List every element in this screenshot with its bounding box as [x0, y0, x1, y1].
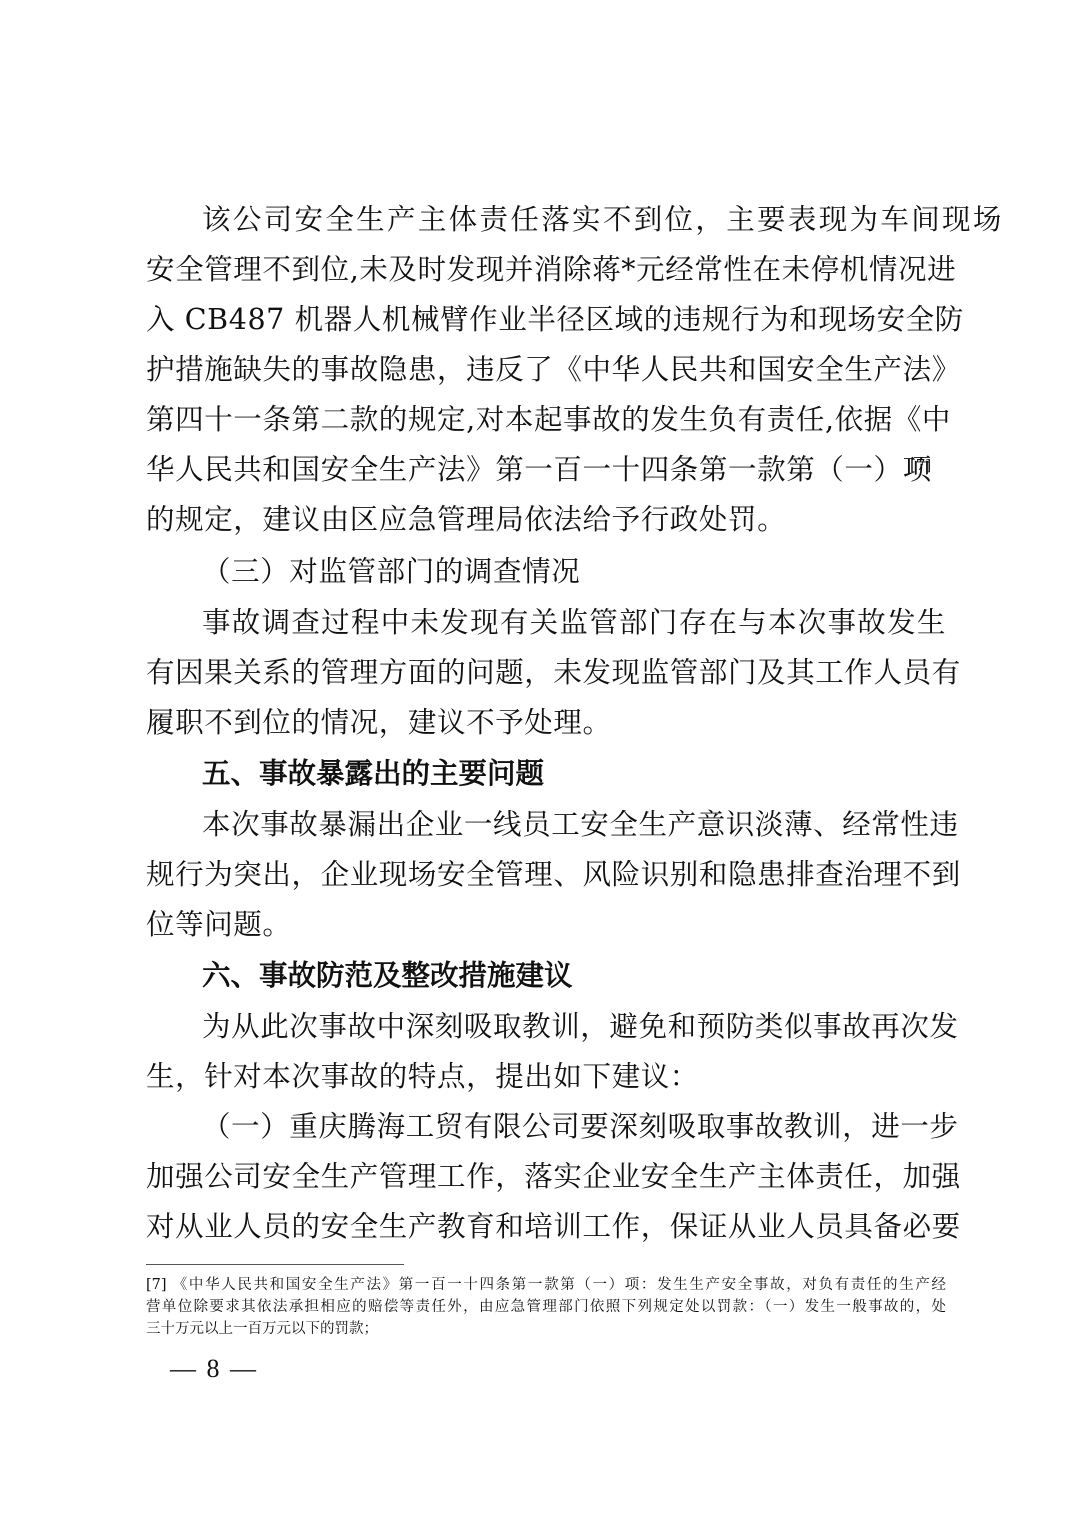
paragraph-line: 的规定，建议由区应急管理局依法给予行政处罚。: [146, 500, 946, 540]
page-number: — 8 —: [170, 1354, 258, 1384]
paragraph-line: 本次事故暴漏出企业一线员工安全生产意识淡薄、经常性违: [202, 805, 946, 845]
paragraph-line: 生，针对本次事故的特点，提出如下建议：: [146, 1057, 946, 1097]
paragraph-line: 华人民共和国安全生产法》第一百一十四条第一款第（一）项: [146, 450, 906, 490]
paragraph-line: 入 CB487 机器人机械臂作业半径区域的违规行为和现场安全防: [146, 300, 946, 340]
footnote-separator: [146, 1264, 404, 1265]
paragraph-line: 有因果关系的管理方面的问题，未发现监管部门及其工作人员有: [146, 653, 946, 693]
footnote-line: [7] 《中华人民共和国安全生产法》第一百一十四条第一款第（一）项：发生生产安全…: [146, 1274, 946, 1296]
section-heading: 五、事故暴露出的主要问题: [202, 754, 1002, 794]
paragraph-line: （一）重庆腾海工贸有限公司要深刻吸取事故教训，进一步: [202, 1107, 946, 1147]
paragraph-line: 为从此次事故中深刻吸取教训，避免和预防类似事故再次发: [202, 1007, 946, 1047]
paragraph-line: 规行为突出，企业现场安全管理、风险识别和隐患排查治理不到: [146, 855, 946, 895]
footnote-line: 三十万元以上一百万元以下的罚款；: [146, 1318, 946, 1340]
paragraph-line: 安全管理不到位,未及时发现并消除蒋*元经常性在未停机情况进: [146, 250, 946, 290]
paragraph-line: 履职不到位的情况，建议不予处理。: [146, 703, 946, 743]
footnote-line: 营单位除要求其依法承担相应的赔偿等责任外，由应急管理部门依照下列规定处以罚款：（…: [146, 1296, 946, 1318]
paragraph-line: 护措施缺失的事故隐患，违反了《中华人民共和国安全生产法》: [146, 350, 946, 390]
paragraph-line: 第四十一条第二款的规定,对本起事故的发生负有责任,依据《中: [146, 400, 946, 440]
paragraph-line: 位等问题。: [146, 905, 946, 945]
paragraph-line: 加强公司安全生产管理工作，落实企业安全生产主体责任，加强: [146, 1157, 946, 1197]
footnote-reference[interactable]: [7]: [910, 456, 931, 474]
document-page: 该公司安全生产主体责任落实不到位，主要表现为车间现场 安全管理不到位,未及时发现…: [0, 0, 1074, 1520]
paragraph-line: 对从业人员的安全生产教育和培训工作，保证从业人员具备必要: [146, 1207, 946, 1247]
paragraph-line: 该公司安全生产主体责任落实不到位，主要表现为车间现场: [202, 200, 1002, 240]
section-heading: 六、事故防范及整改措施建议: [202, 956, 1002, 996]
subsection-heading: （三）对监管部门的调查情况: [202, 552, 1002, 592]
paragraph-line: 事故调查过程中未发现有关监管部门存在与本次事故发生: [202, 603, 946, 643]
